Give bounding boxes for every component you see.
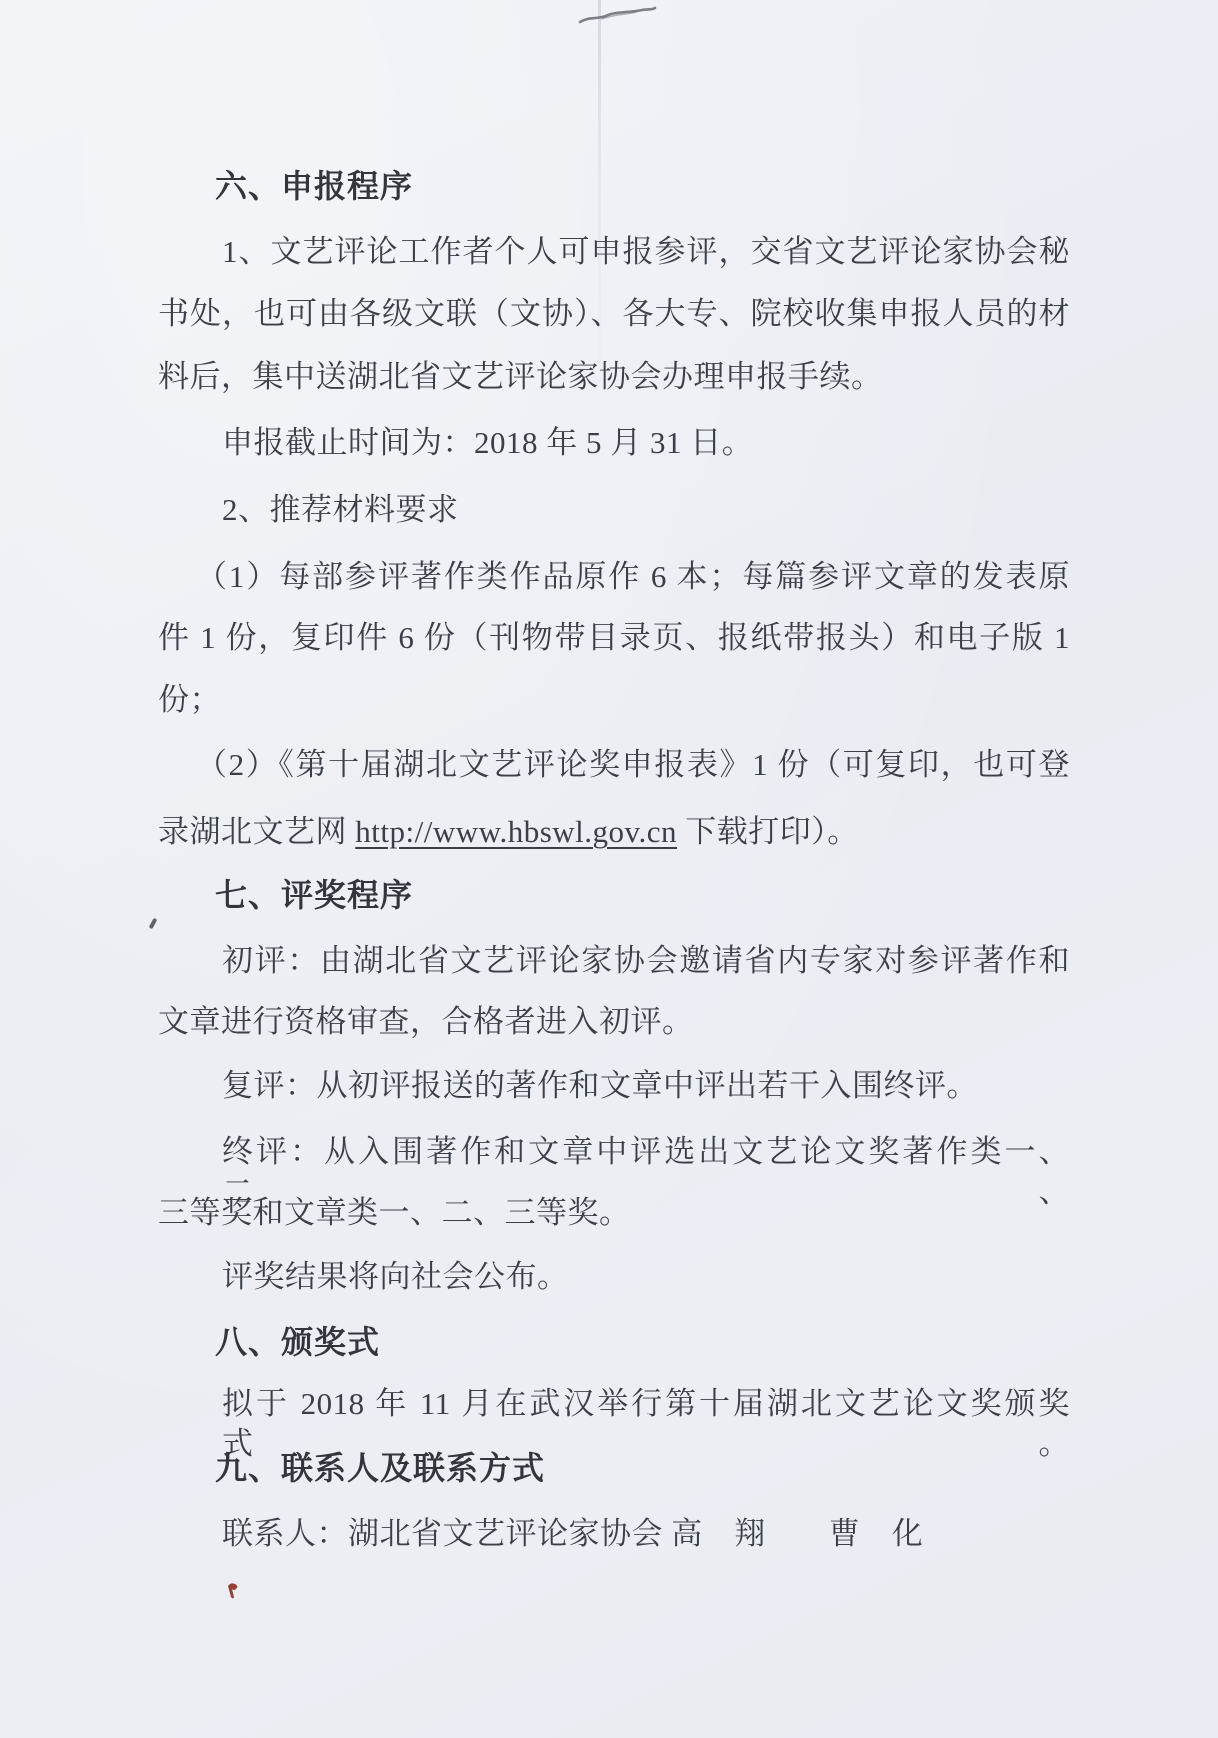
paragraph-line: （1）每部参评著作类作品原作 6 本；每篇参评文章的发表原 — [196, 557, 1070, 597]
paragraph-line: （2）《第十届湖北文艺评论奖申报表》1 份（可复印，也可登 — [196, 745, 1070, 785]
paragraph-line: 三等奖和文章类一、二、三等奖。 — [158, 1193, 631, 1233]
paragraph-line: 书处，也可由各级文联（文协）、各大专、院校收集申报人员的材 — [158, 294, 1070, 334]
paragraph-line: 1、文艺评论工作者个人可申报参评，交省文艺评论家协会秘 — [222, 232, 1070, 272]
paragraph-line: 文章进行资格审查，合格者进入初评。 — [158, 1002, 694, 1042]
url-line-suffix: 下载打印）。 — [677, 814, 859, 849]
paragraph-line: 份； — [158, 680, 221, 720]
url-line: 录湖北文艺网 http://www.hbswl.gov.cn 下载打印）。 — [158, 812, 859, 852]
subheading-materials: 2、推荐材料要求 — [222, 490, 459, 530]
document-url-link[interactable]: http://www.hbswl.gov.cn — [355, 814, 677, 849]
paragraph-line: 件 1 份，复印件 6 份（刊物带目录页、报纸带报头）和电子版 1 — [158, 618, 1070, 658]
stray-ink-tick — [149, 918, 158, 930]
scanned-document-page: 六、申报程序 1、文艺评论工作者个人可申报参评，交省文艺评论家协会秘 书处，也可… — [0, 0, 1218, 1738]
paragraph-line: 复评：从初评报送的著作和文章中评出若干入围终评。 — [222, 1066, 978, 1106]
section-heading-9: 九、联系人及联系方式 — [215, 1448, 545, 1488]
paragraph-line: 料后，集中送湖北省文艺评论家协会办理申报手续。 — [158, 357, 883, 397]
paragraph-line: 拟于 2018 年 11 月在武汉举行第十届湖北文艺论文奖颁奖式。 — [222, 1384, 1070, 1424]
paragraph-line: 终评：从入围著作和文章中评选出文艺论文奖著作类一、二、 — [222, 1132, 1070, 1172]
section-heading-8: 八、颁奖式 — [215, 1322, 380, 1362]
paragraph-line: 初评：由湖北省文艺评论家协会邀请省内专家对参评著作和 — [222, 941, 1070, 981]
paragraph-line: 评奖结果将向社会公布。 — [222, 1257, 569, 1297]
deadline-line: 申报截止时间为：2018 年 5 月 31 日。 — [222, 423, 753, 463]
contact-line: 联系人：湖北省文艺评论家协会 高 翔 曹 化 — [222, 1514, 923, 1554]
section-heading-6: 六、申报程序 — [215, 166, 413, 206]
pen-smudge-mark — [576, 2, 658, 30]
red-ink-mark — [226, 1582, 240, 1602]
url-line-prefix: 录湖北文艺网 — [158, 814, 355, 849]
section-heading-7: 七、评奖程序 — [215, 875, 413, 915]
